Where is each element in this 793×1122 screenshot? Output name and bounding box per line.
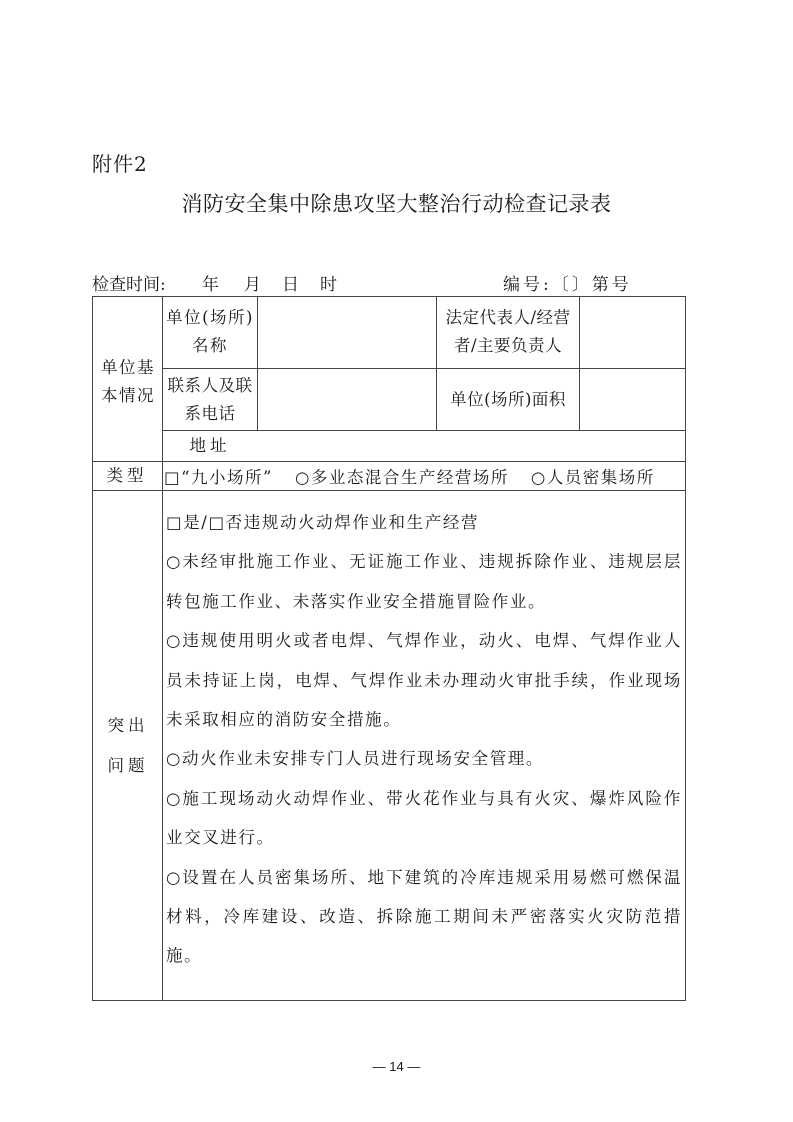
issue-item[interactable]: ○动火作业未安排专门人员进行现场安全管理。 <box>166 739 682 778</box>
month-label: 月 <box>244 270 282 295</box>
issue-item[interactable]: ○施工现场动火动焊作业、带火花作业与具有火灾、爆炸风险作业交叉进行。 <box>166 779 682 858</box>
issues-label: 突出问题 <box>98 491 158 1000</box>
address-label: 地址 <box>163 431 257 461</box>
type-options: □“九小场所” ○多业态混合生产经营场所 ○人员密集场所 <box>164 462 684 490</box>
issue-item[interactable]: ○未经审批施工作业、无证施工作业、违规拆除作业、违规层层转包施工作业、未落实作业… <box>166 542 682 621</box>
issue-item[interactable]: □是/□否违规动火动焊作业和生产经营 <box>166 503 682 542</box>
year-label: 年 <box>202 270 244 295</box>
area-field[interactable] <box>580 369 685 430</box>
basic-info-label: 单位基本情况 <box>98 296 158 461</box>
unit-name-field[interactable] <box>258 296 436 368</box>
page-title: 消防安全集中除患攻坚大整治行动检查记录表 <box>0 188 793 218</box>
table-border <box>92 296 93 1000</box>
inspection-table: 单位基本情况 单位(场所)名称 法定代表人/经营者/主要负责人 联系人及联系电话… <box>92 296 685 1000</box>
inspection-time: 检查时间:年月日时 <box>92 270 337 295</box>
contact-field[interactable] <box>258 369 436 430</box>
type-option-nine-small[interactable]: □“九小场所” <box>164 464 273 488</box>
inspection-time-label: 检查时间: <box>92 270 202 295</box>
table-border <box>92 1000 685 1001</box>
area-label: 单位(场所)面积 <box>437 369 579 430</box>
legal-rep-label: 法定代表人/经营者/主要负责人 <box>437 296 579 368</box>
page-number: — 14 — <box>0 1059 793 1074</box>
annex-label: 附件2 <box>92 148 148 177</box>
type-label: 类型 <box>92 462 162 490</box>
type-option-mixed-use[interactable]: ○多业态混合生产经营场所 <box>295 464 509 488</box>
legal-rep-field[interactable] <box>580 296 685 368</box>
issues-list: □是/□否违规动火动焊作业和生产经营 ○未经审批施工作业、无证施工作业、违规拆除… <box>166 503 682 976</box>
record-number: 编号:〔〕第号 <box>503 270 632 295</box>
unit-name-label: 单位(场所)名称 <box>163 296 257 368</box>
address-field[interactable] <box>258 431 685 461</box>
hour-label: 时 <box>320 270 337 295</box>
type-option-crowded[interactable]: ○人员密集场所 <box>531 464 655 488</box>
day-label: 日 <box>282 270 320 295</box>
issue-item[interactable]: ○设置在人员密集场所、地下建筑的冷库违规采用易燃可燃保温材料，冷库建设、改造、拆… <box>166 858 682 976</box>
issue-item[interactable]: ○违规使用明火或者电焊、气焊作业，动火、电焊、气焊作业人员未持证上岗，电焊、气焊… <box>166 621 682 739</box>
contact-label: 联系人及联系电话 <box>163 369 257 430</box>
table-divider <box>92 490 685 491</box>
table-border <box>685 296 686 1001</box>
